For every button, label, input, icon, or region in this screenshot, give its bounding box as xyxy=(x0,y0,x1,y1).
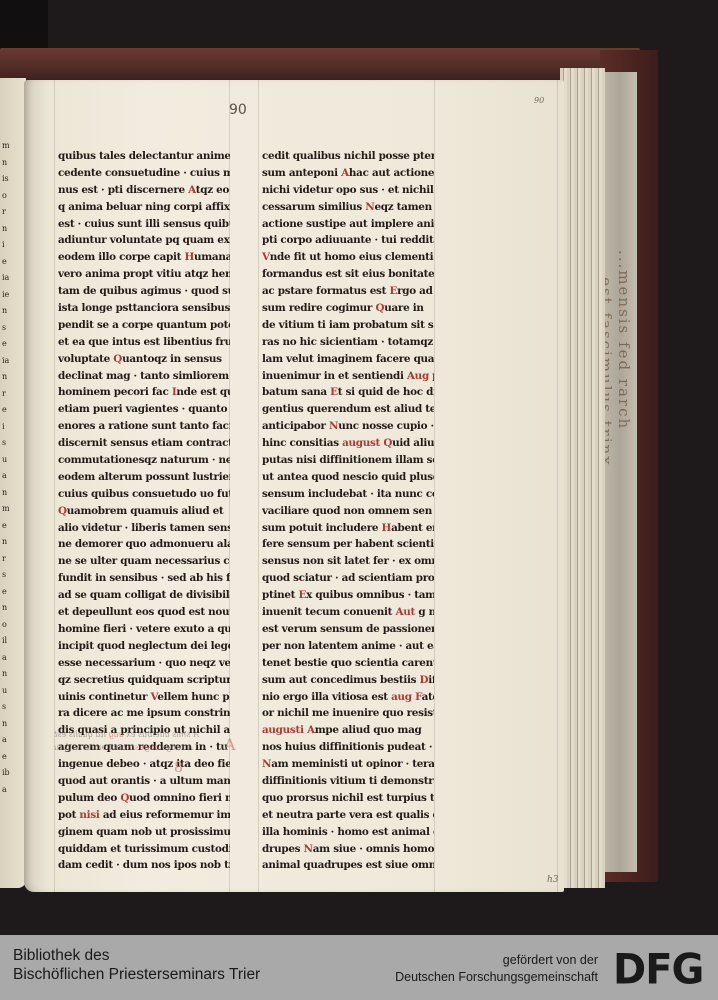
manuscript-line: adiuntur voluntate pq quam ex xyxy=(58,232,230,249)
manuscript-text: commutationesqz naturum · nec xyxy=(58,454,230,466)
manuscript-page-recto: 90 90 quibus tales delectantur anime acc… xyxy=(24,80,564,892)
manuscript-line: pti corpo adiuuante · tui reddit xyxy=(262,232,434,249)
manuscript-text: inuenimur in et sentiendi xyxy=(262,370,407,382)
manuscript-text: ac pstare formatus est xyxy=(262,285,389,297)
manuscript-line: ac pstare formatus est Ergo ad ipo xyxy=(262,283,434,300)
manuscript-text: illa hominis · homo est animal q xyxy=(262,826,434,838)
manuscript-line: nio ergo illa vitiosa est aug Fate xyxy=(262,689,434,706)
manuscript-text: diffinitionis vitium ti demonstrari xyxy=(262,775,434,787)
facing-page-line-end: n xyxy=(2,369,22,386)
manuscript-line: sum potuit includere Habent em xyxy=(262,520,434,537)
manuscript-line: anticipabor Nunc nosse cupio · quid xyxy=(262,418,434,435)
bottom-margin-note-line-1: A smis alleibus ex aug ita qualis est xyxy=(54,730,199,739)
manuscript-line: gentius querendum est aliud temp xyxy=(262,401,434,418)
manuscript-scan-viewport: ...mensis fed rarch ... est fascimulus t… xyxy=(0,0,718,935)
manuscript-line: declinat mag · tanto simliorem xyxy=(58,368,230,385)
manuscript-line: et neutra parte vera est qualis est xyxy=(262,807,434,824)
manuscript-line: enores a ratione sunt tanto facilis xyxy=(58,418,230,435)
manuscript-line: diffinitionis vitium ti demonstrari xyxy=(262,773,434,790)
manuscript-text: per non latentem anime · aut ea xyxy=(262,640,434,652)
rubric-initial: Aug xyxy=(407,370,429,382)
manuscript-text: sicientiam xyxy=(320,336,378,348)
manuscript-line: uinis continetur Vellem hunc plu xyxy=(58,689,230,706)
facing-page-line-end: u xyxy=(2,683,22,700)
manuscript-text: nus est · pti discernere xyxy=(58,184,188,196)
rubric-initial: Q xyxy=(113,353,122,365)
manuscript-text: fere sensum per habent scientiam xyxy=(262,538,434,550)
rubric-initial: Q xyxy=(383,437,392,449)
bottom-margin-note-line-2: A rengs augusti nam omne as fatu xyxy=(54,743,193,752)
manuscript-text: g no xyxy=(415,606,434,618)
facing-page-line-end: a xyxy=(2,782,22,799)
manuscript-text: quo prorsus nichil est turpius tum xyxy=(262,792,434,804)
manuscript-text: alio videtur · liberis tamen sensus xyxy=(58,522,230,534)
manuscript-line: sum anteponi Ahac aut actione m xyxy=(262,165,434,182)
manuscript-text: uid aliud xyxy=(392,437,434,449)
manuscript-text: anticipabor xyxy=(262,420,329,432)
manuscript-text: actione sustipe aut implere anima xyxy=(262,218,434,230)
manuscript-text: ne demorer quo admonueru ala xyxy=(58,538,230,550)
manuscript-text: pro xyxy=(429,370,434,382)
manuscript-line: animal quadrupes est siue omne xyxy=(262,857,434,874)
manuscript-text: discernit sensus etiam contractum xyxy=(58,437,230,449)
manuscript-line: est verum sensum de passionem est xyxy=(262,621,434,638)
facing-page-line-end: u xyxy=(2,452,22,469)
manuscript-text: tenet bestie quo scientia carent xyxy=(262,657,434,669)
manuscript-text: uamobrem quamuis aliud et xyxy=(67,505,224,517)
quire-signature: h3 xyxy=(547,875,559,885)
facing-page-line-end: o xyxy=(2,617,22,634)
manuscript-text: est · cuius sunt illi sensus quibus vti xyxy=(58,218,230,230)
facing-page-line-end: e xyxy=(2,336,22,353)
facing-page-line-end: s xyxy=(2,435,22,452)
rubric-initial: E xyxy=(330,386,338,398)
rubric-initial: aug xyxy=(391,691,412,703)
manuscript-text: de vitium ti iam probatum sit se xyxy=(262,319,434,331)
manuscript-line: ra dicere ac me ipsum constringere · xyxy=(58,705,230,722)
facing-page-line-end: i xyxy=(2,237,22,254)
manuscript-line: ista longe psttanciora sensibus fut xyxy=(58,300,230,317)
manuscript-text: voluptate xyxy=(58,353,113,365)
manuscript-line: incipit quod neglectum dei legem ita xyxy=(58,638,230,655)
manuscript-text: eqz tamen ea xyxy=(374,201,434,213)
manuscript-text: et ea que intus est libentius fruit xyxy=(58,336,230,348)
facing-page-line-end: e xyxy=(2,402,22,419)
manuscript-text: unc nosse cupio · quid xyxy=(338,420,434,432)
ruling-line xyxy=(434,80,435,892)
rubric-initial: H xyxy=(184,251,194,263)
manuscript-line: cedente consuetudine · cuius mag xyxy=(58,165,230,182)
ruling-line xyxy=(557,80,558,892)
manuscript-text: sum potuit includere xyxy=(262,522,382,534)
manuscript-line: per non latentem anime · aut ea xyxy=(262,638,434,655)
manuscript-text: qz secretius quidquam scripturis di xyxy=(58,674,230,686)
manuscript-text: am siue · omnis homo xyxy=(313,843,434,855)
manuscript-text: hac aut actione m xyxy=(349,167,434,179)
manuscript-line: Vnde fit ut homo eius clementia r xyxy=(262,249,434,266)
facing-page-line-end: r xyxy=(2,204,22,221)
facing-page-line-end: a xyxy=(2,732,22,749)
rubric-initial: E xyxy=(389,285,397,297)
ruling-line xyxy=(54,80,55,892)
manuscript-line: nus est · pti discernere Atqz eo famlius xyxy=(58,182,230,199)
facing-page-line-end: e xyxy=(2,254,22,271)
facing-page-line-end: o xyxy=(2,188,22,205)
facing-page-line-end: n xyxy=(2,716,22,733)
page-edges-stack xyxy=(560,68,605,888)
manuscript-text: drupes xyxy=(262,843,304,855)
rubric-initial: august xyxy=(342,437,380,449)
rubric-initial: N xyxy=(262,758,271,770)
facing-page-line-end: r xyxy=(2,551,22,568)
manuscript-line: etiam pueri vagientes · quanto ali xyxy=(58,401,230,418)
manuscript-line: quod aut orantis · a ultum mani xyxy=(58,773,230,790)
manuscript-text: esse necessarium · quo neqz verius ne xyxy=(58,657,230,669)
text-column-b: cedit qualibus nichil posse pter ipsum a… xyxy=(262,148,434,874)
dfg-logo: DFG xyxy=(613,951,703,989)
manuscript-line: illa hominis · homo est animal q xyxy=(262,824,434,841)
manuscript-line: dam cedit · dum nos ipos nob tres xyxy=(58,857,230,874)
ruling-line xyxy=(258,80,259,892)
facing-page-line-end: n xyxy=(2,534,22,551)
manuscript-text: dam cedit · dum nos ipos nob tres xyxy=(58,859,230,871)
fore-edge-title: ...mensis fed rarch ... est fascimulus t… xyxy=(607,250,633,830)
manuscript-text: rgo ad ipo xyxy=(397,285,434,297)
manuscript-text: animal quadrupes est siue omne xyxy=(262,859,434,871)
manuscript-text: ingenue debeo · atqz ita deo fieri xyxy=(58,758,230,770)
rubric-initial: Aut xyxy=(396,606,416,618)
manuscript-line: ras no hic sicientiam · totamqz il xyxy=(262,334,434,351)
manuscript-text: putas nisi diffinitionem illam sensus xyxy=(262,454,434,466)
manuscript-text: ate xyxy=(422,691,434,703)
manuscript-line: ptinet Ex quibus omnibus · tam xyxy=(262,587,434,604)
manuscript-text: pendit se a corpe quantum potest xyxy=(58,319,230,331)
manuscript-line: tam de quibus agimus · quod sut xyxy=(58,283,230,300)
manuscript-line: sum aut concedimus bestiis Diffi xyxy=(262,672,434,689)
facing-page-line-end: s xyxy=(2,320,22,337)
manuscript-line: ad se quam colligat de divisibilat xyxy=(58,587,230,604)
manuscript-text: lam velut imaginem facere quam xyxy=(262,353,434,365)
manuscript-text: eodem illo corpe capit xyxy=(58,251,184,263)
manuscript-line: batum sana Et si quid de hoc dili xyxy=(262,384,434,401)
manuscript-text: sum anteponi xyxy=(262,167,341,179)
rubric-initial: Q xyxy=(375,302,384,314)
text-column-a: quibus tales delectantur anime accedente… xyxy=(58,148,230,874)
facing-page-line-end: a xyxy=(2,468,22,485)
manuscript-line: fundit in sensibus · sed ab his forms xyxy=(58,570,230,587)
margin-note-text: A rengs xyxy=(159,743,193,752)
manuscript-text: tam de quibus agimus · quod sut xyxy=(58,285,230,297)
margin-note-rubric: aug xyxy=(109,730,124,739)
rubric-initial: A xyxy=(188,184,196,196)
rubric-initial: D xyxy=(420,674,429,686)
manuscript-text: quiddam et turissimum custodie xyxy=(58,843,230,855)
rubric-initial: N xyxy=(329,420,338,432)
manuscript-line: Nam meministi ut opinor · terain xyxy=(262,756,434,773)
manuscript-text: nos huius diffinitionis pudeat · xyxy=(262,741,432,753)
manuscript-line: discernit sensus etiam contractum xyxy=(58,435,230,452)
manuscript-text: batum sana xyxy=(262,386,330,398)
manuscript-text: cedit qualibus nichil posse pter ip xyxy=(262,150,434,162)
manuscript-line: nichi videtur opo sus · et nichil est xyxy=(262,182,434,199)
manuscript-text: sum redire cogimur xyxy=(262,302,375,314)
manuscript-line: sensus non sit latet fer · ex omne xyxy=(262,553,434,570)
manuscript-line: sum redire cogimur Quare in xyxy=(262,300,434,317)
manuscript-line: alio videtur · liberis tamen sensus xyxy=(58,520,230,537)
rubric-initial: A xyxy=(341,167,349,179)
manuscript-text: sum aut concedimus bestiis xyxy=(262,674,420,686)
manuscript-text: am meministi ut opinor · terain xyxy=(271,758,434,770)
manuscript-line: quod sciatur · ad scientiam profecto xyxy=(262,570,434,587)
manuscript-line: inuenimur in et sentiendi Aug pro xyxy=(262,368,434,385)
funding-credit: gefördert von der Deutschen Forschungsge… xyxy=(395,952,598,986)
facing-page-line-end: is xyxy=(2,171,22,188)
manuscript-text: fundit in sensibus · sed ab his forms xyxy=(58,572,230,584)
facing-page-line-end: ia xyxy=(2,353,22,370)
manuscript-text: ra dicere ac me ipsum constringere · xyxy=(58,707,230,719)
facing-page-line-end: ie xyxy=(2,287,22,304)
manuscript-text: cessarum similius xyxy=(262,201,365,213)
manuscript-text: est verum sensum de passionem est xyxy=(262,623,434,635)
manuscript-line: vero anima propt vitiu atqz hen xyxy=(58,266,230,283)
manuscript-line: eodem alterum possunt lustriere xyxy=(58,469,230,486)
fore-edge-text-1: ...mensis fed rarch xyxy=(615,250,633,830)
manuscript-text: vaciliare quod non omnem sen xyxy=(262,505,432,517)
funding-line-2: Deutschen Forschungsgemeinschaft xyxy=(395,969,598,986)
manuscript-line: Quamobrem quamuis aliud et xyxy=(58,503,230,520)
manuscript-text: uantoqz in sensus xyxy=(122,353,222,365)
facing-page-line-end: il xyxy=(2,633,22,650)
manuscript-text: gentius querendum est aliud temp xyxy=(262,403,434,415)
manuscript-line: et ea que intus est libentius fruit xyxy=(58,334,230,351)
manuscript-text: ut antea quod nescio quid plusqua xyxy=(262,471,434,483)
manuscript-line: quiddam et turissimum custodie xyxy=(58,841,230,858)
manuscript-text: ista longe psttanciora sensibus fut xyxy=(58,302,230,314)
manuscript-text: tqz eo famlius xyxy=(196,184,230,196)
folio-number-ink: 90 xyxy=(534,96,544,105)
manuscript-line: et depeullunt eos quod est nouum xyxy=(58,604,230,621)
manuscript-text: eodem alterum possunt lustriere xyxy=(58,471,230,483)
manuscript-line: cessarum similius Neqz tamen ea xyxy=(262,199,434,216)
manuscript-line: actione sustipe aut implere anima xyxy=(262,216,434,233)
margin-numeral: 8 xyxy=(174,760,183,776)
manuscript-line: formandus est sit eius bonitate xyxy=(262,266,434,283)
manuscript-line: nos huius diffinitionis pudeat · xyxy=(262,739,434,756)
manuscript-line: ut antea quod nescio quid plusqua xyxy=(262,469,434,486)
rubric-initial: E xyxy=(299,589,307,601)
manuscript-line: voluptate Quantoqz in sensus xyxy=(58,351,230,368)
manuscript-text: nio ergo illa vitiosa est xyxy=(262,691,391,703)
manuscript-line: pendit se a corpe quantum potest xyxy=(58,317,230,334)
manuscript-text: uod omnino fieri n xyxy=(129,792,230,804)
manuscript-line: augusti Ampe aliud quo mag xyxy=(262,722,434,739)
funding-line-1: gefördert von der xyxy=(395,952,598,969)
manuscript-text: q anima beluar ning corpi affixa xyxy=(58,201,230,213)
manuscript-text: nde est quod xyxy=(176,386,230,398)
footer-banner: Bibliothek des Bischöflichen Priestersem… xyxy=(0,935,718,1000)
library-name: Bibliothek des Bischöflichen Priestersem… xyxy=(13,946,260,984)
facing-page-line-end: ib xyxy=(2,765,22,782)
manuscript-text: hominem pecori fac xyxy=(58,386,172,398)
rubric-initial: augusti xyxy=(262,724,304,736)
manuscript-text: umana xyxy=(194,251,230,263)
manuscript-text: formandus est sit eius bonitate xyxy=(262,268,434,280)
rubric-initial: Q xyxy=(58,505,67,517)
manuscript-text: pulum deo xyxy=(58,792,120,804)
facing-page-line-end: n xyxy=(2,485,22,502)
manuscript-text: homine fieri · vetere exuto a quo xyxy=(58,623,230,635)
manuscript-text: et neutra parte vera est qualis est xyxy=(262,809,434,821)
facing-page-line-end: n xyxy=(2,303,22,320)
rubric-initial: V xyxy=(262,251,270,263)
manuscript-line: esse necessarium · quo neqz verius ne xyxy=(58,655,230,672)
manuscript-text: inuenit tecum conuenit xyxy=(262,606,396,618)
manuscript-text: quod sciatur · ad scientiam profecto xyxy=(262,572,434,584)
facing-page-line-end: i xyxy=(2,419,22,436)
manuscript-text: cuius quibus consuetudo uo fut xyxy=(58,488,230,500)
manuscript-line: cedit qualibus nichil posse pter ip xyxy=(262,148,434,165)
manuscript-text: ras no hic xyxy=(262,336,320,348)
manuscript-text: et depeullunt eos quod est nouum xyxy=(58,606,230,618)
manuscript-text: enores a ratione sunt tanto facilis xyxy=(58,420,230,432)
facing-page-line-end: ia xyxy=(2,270,22,287)
manuscript-text: etiam pueri vagientes · quanto ali xyxy=(58,403,230,415)
manuscript-line: quibus tales delectantur anime ac xyxy=(58,148,230,165)
facing-page-line-end: n xyxy=(2,666,22,683)
manuscript-line: ne demorer quo admonueru ala xyxy=(58,536,230,553)
facing-page-text-fragment: mnisornieiaienseianreisuanmenrsenoilanus… xyxy=(2,138,22,798)
manuscript-text: ginem quam nob ut prosissimu xyxy=(58,826,230,838)
manuscript-line: drupes Nam siue · omnis homo xyxy=(262,841,434,858)
manuscript-line: vaciliare quod non omnem sen xyxy=(262,503,434,520)
margin-note-text: ita qualis est xyxy=(54,730,109,739)
manuscript-text: ad se quam colligat de divisibilat xyxy=(58,589,230,601)
manuscript-line: homine fieri · vetere exuto a quo xyxy=(58,621,230,638)
library-name-line-2: Bischöflichen Priesterseminars Trier xyxy=(13,965,260,984)
manuscript-text: declinat mag · tanto simliorem xyxy=(58,370,229,382)
facing-page-line-end: e xyxy=(2,749,22,766)
facing-page-line-end: s xyxy=(2,699,22,716)
manuscript-text: quod aut orantis · a ultum mani xyxy=(58,775,230,787)
manuscript-line: ingenue debeo · atqz ita deo fieri xyxy=(58,756,230,773)
margin-letter: A xyxy=(224,735,236,754)
manuscript-line: est · cuius sunt illi sensus quibus vti xyxy=(58,216,230,233)
manuscript-text: abent em xyxy=(391,522,434,534)
manuscript-text: or nichil me inuenire quo resistam xyxy=(262,707,434,719)
manuscript-line: qz secretius quidquam scripturis di xyxy=(58,672,230,689)
rubric-initial: H xyxy=(382,522,392,534)
manuscript-line: quo prorsus nichil est turpius tum xyxy=(262,790,434,807)
manuscript-line: tenet bestie quo scientia carent Se xyxy=(262,655,434,672)
manuscript-text: iffi xyxy=(428,674,434,686)
facing-page-line-end: e xyxy=(2,584,22,601)
manuscript-line: eodem illo corpe capit Humana xyxy=(58,249,230,266)
manuscript-line: commutationesqz naturum · nec xyxy=(58,452,230,469)
manuscript-text: sensum includebat · ita nunc contrario xyxy=(262,488,434,500)
manuscript-line: hominem pecori fac Inde est quod xyxy=(58,384,230,401)
manuscript-text: t si quid de hoc dili xyxy=(338,386,434,398)
rubric-initial: A xyxy=(307,724,315,736)
facing-page-line-end: r xyxy=(2,386,22,403)
manuscript-text: quibus tales delectantur anime ac xyxy=(58,150,230,162)
manuscript-line: de vitium ti iam probatum sit se xyxy=(262,317,434,334)
manuscript-line: inuenit tecum conuenit Aut g no xyxy=(262,604,434,621)
manuscript-text: mpe aliud quo mag xyxy=(315,724,422,736)
manuscript-line: pot nisi ad eius reformemur ima xyxy=(58,807,230,824)
manuscript-text: vero anima propt vitiu atqz hen xyxy=(58,268,230,280)
rubric-initial: N xyxy=(304,843,313,855)
manuscript-text: uare in xyxy=(384,302,423,314)
manuscript-line: pulum deo Quod omnino fieri n xyxy=(58,790,230,807)
manuscript-line: sensum includebat · ita nunc contrario xyxy=(262,486,434,503)
manuscript-line: ginem quam nob ut prosissimu xyxy=(58,824,230,841)
facing-page-line-end: s xyxy=(2,567,22,584)
manuscript-text: pot xyxy=(58,809,79,821)
manuscript-text: ne se ulter quam necessarius cogit · te xyxy=(58,555,230,567)
manuscript-text: incipit quod neglectum dei legem ita xyxy=(58,640,230,652)
facing-page-line-end: a xyxy=(2,650,22,667)
manuscript-line: ne se ulter quam necessarius cogit · te xyxy=(58,553,230,570)
manuscript-line: or nichil me inuenire quo resistam xyxy=(262,705,434,722)
facing-page-line-end: n xyxy=(2,600,22,617)
facing-page-line-end: e xyxy=(2,518,22,535)
manuscript-text: cedente consuetudine · cuius mag xyxy=(58,167,230,179)
manuscript-line: q anima beluar ning corpi affixa xyxy=(58,199,230,216)
manuscript-text: nde fit ut homo eius clementia r xyxy=(270,251,434,263)
manuscript-line: cuius quibus consuetudo uo fut xyxy=(58,486,230,503)
manuscript-text: x quibus omnibus · tam xyxy=(306,589,434,601)
facing-page-verso: mnisornieiaienseianreisuanmenrsenoilanus… xyxy=(0,78,26,888)
manuscript-text: ptinet xyxy=(262,589,299,601)
manuscript-line: lam velut imaginem facere quam xyxy=(262,351,434,368)
facing-page-line-end: m xyxy=(2,138,22,155)
manuscript-text: uinis continetur xyxy=(58,691,151,703)
book-cover-top-edge xyxy=(0,48,640,80)
manuscript-text: hinc consitias xyxy=(262,437,342,449)
manuscript-text: ad eius reformemur ima xyxy=(100,809,230,821)
margin-note-rubric: augusti xyxy=(129,743,159,752)
rubric-initial: nisi xyxy=(79,809,99,821)
manuscript-text: sensus non sit latet fer · ex omne xyxy=(262,555,434,567)
library-name-line-1: Bibliothek des xyxy=(13,946,260,965)
manuscript-text: pti corpo adiuuante · tui reddit xyxy=(262,234,433,246)
facing-page-line-end: n xyxy=(2,221,22,238)
manuscript-line: putas nisi diffinitionem illam sensus xyxy=(262,452,434,469)
facing-page-line-end: n xyxy=(2,155,22,172)
margin-note-text: A smis alleibus ex xyxy=(124,730,199,739)
manuscript-line: fere sensum per habent scientiam Q xyxy=(262,536,434,553)
rubric-initial: Q xyxy=(120,792,129,804)
manuscript-text: adiuntur voluntate pq quam ex xyxy=(58,234,230,246)
facing-page-line-end: m xyxy=(2,501,22,518)
manuscript-text: nichi videtur opo sus · et nichil est xyxy=(262,184,434,196)
manuscript-line: hinc consitias august Quid aliud xyxy=(262,435,434,452)
manuscript-text: ellem hunc plu xyxy=(157,691,230,703)
folio-number-pencil: 90 xyxy=(229,102,247,118)
manuscript-text: · totamqz il xyxy=(378,336,434,348)
margin-note-text: nam omne as fatu xyxy=(54,743,129,752)
